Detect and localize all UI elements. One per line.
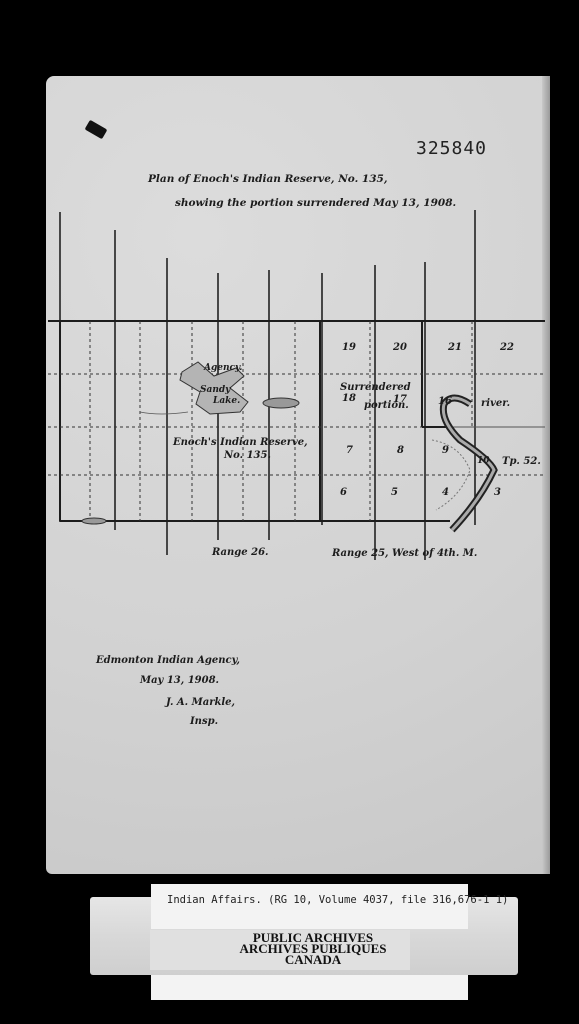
lake-label-1: Sandy — [200, 385, 230, 395]
section-20: 20 — [393, 342, 407, 353]
section-4: 4 — [442, 487, 449, 498]
section-19: 19 — [342, 342, 356, 353]
surrendered-label: Surrendered — [340, 382, 411, 393]
lake-label-2: Lake. — [213, 396, 240, 406]
range-25-label: Range 25, West of 4th. M. — [332, 548, 477, 559]
archive-reference: Indian Affairs. (RG 10, Volume 4037, fil… — [167, 894, 508, 906]
section-21: 21 — [448, 342, 462, 353]
signature-name: J. A. Markle, — [166, 697, 235, 708]
reserve-label-2: No. 135. — [224, 450, 271, 461]
reserve-map — [0, 0, 579, 1024]
section-16: 16 — [438, 396, 452, 407]
agency-label: Agency. — [204, 363, 242, 373]
reserve-label-1: Enoch's Indian Reserve, — [173, 437, 308, 448]
section-7: 7 — [346, 445, 353, 456]
signature-title: Insp. — [190, 716, 218, 727]
section-18: 18 — [342, 393, 356, 404]
section-5: 5 — [391, 487, 398, 498]
section-3: 3 — [494, 487, 501, 498]
section-6: 6 — [340, 487, 347, 498]
section-10: 10 — [477, 456, 490, 466]
archives-stamp: PUBLIC ARCHIVES ARCHIVES PUBLIQUES CANAD… — [228, 932, 398, 965]
section-22: 22 — [500, 342, 514, 353]
section-8: 8 — [397, 445, 404, 456]
portion-label: portion. — [364, 400, 409, 411]
archive-reference-label: Indian Affairs. (RG 10, Volume 4037, fil… — [151, 884, 468, 929]
section-9: 9 — [442, 445, 449, 456]
range-26-label: Range 26. — [212, 547, 269, 558]
township-label: Tp. 52. — [502, 456, 541, 467]
signature-agency: Edmonton Indian Agency, — [96, 655, 240, 666]
signature-date: May 13, 1908. — [140, 675, 219, 686]
river-label: river. — [481, 398, 510, 409]
